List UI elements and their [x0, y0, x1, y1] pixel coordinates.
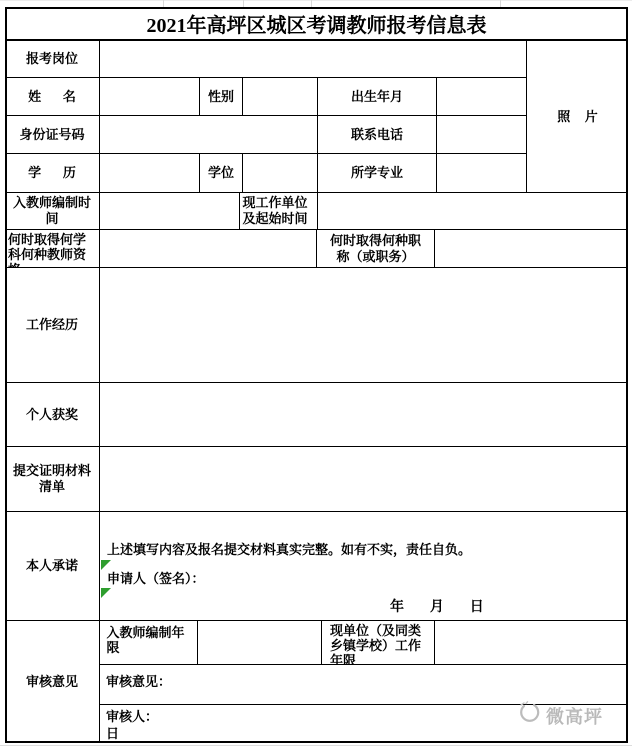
commitment-content: 上述填写内容及报名提交材料真实完整。如有不实，责任自负。 申请人（签名）： 年 …: [100, 512, 628, 621]
current-unit-label: 现工作单位及起始时间: [243, 195, 315, 227]
position-label: 报考岗位: [5, 41, 100, 78]
gender-label: 性别: [200, 78, 243, 116]
teacher-qualification-value: [100, 230, 317, 268]
degree-value: [243, 154, 318, 193]
major-value: [437, 154, 527, 193]
review-opinion-label: 审核意见：: [106, 674, 171, 690]
gridline-tick: [163, 0, 164, 7]
current-unit-years-value: [435, 621, 628, 665]
teacher-qualification-label: 何时取得何学科何种教师资格: [8, 230, 96, 268]
form-page: 2021年高坪区城区考调教师报考信息表 报考岗位 照 片 姓 名 性别 出生年月…: [0, 0, 632, 747]
commitment-label: 本人承诺: [5, 512, 100, 621]
photo-cell: 照 片: [527, 41, 628, 193]
name-value: [100, 78, 200, 116]
review-label: 审核意见: [5, 621, 100, 743]
phone-label: 联系电话: [318, 116, 437, 154]
commitment-date-line: 年 月 日: [390, 598, 484, 614]
establishment-years-value: [198, 621, 322, 665]
materials-list-value: [100, 447, 628, 512]
personal-awards-value: [100, 383, 628, 447]
phone-value: [437, 116, 527, 154]
excel-marker-icon: [101, 560, 111, 570]
work-experience-label: 工作经历: [5, 268, 100, 383]
title-obtained-value: [435, 230, 628, 268]
watermark-text: 微高坪: [546, 703, 603, 729]
education-value: [100, 154, 200, 193]
establishment-time-label: 入教师编制时间: [8, 195, 96, 227]
commitment-statement: 上述填写内容及报名提交材料真实完整。如有不实，责任自负。: [107, 542, 471, 558]
current-unit-value: [318, 193, 628, 230]
birth-value: [437, 78, 527, 116]
bottom-gridline: [0, 745, 632, 746]
degree-label: 学位: [200, 154, 243, 193]
gender-value: [243, 78, 318, 116]
form-title-text: 2021年高坪区城区考调教师报考信息表: [147, 9, 487, 38]
reviewer-label: 审核人：: [106, 708, 158, 725]
position-value: [100, 41, 527, 78]
watermark: 微高坪: [518, 701, 603, 730]
excel-marker-icon: [101, 588, 111, 598]
gridline-tick: [500, 0, 501, 7]
review-opinion-cell: 审核意见：: [100, 665, 628, 705]
work-experience-value: [100, 268, 628, 383]
birth-label: 出生年月: [318, 78, 437, 116]
form-title: 2021年高坪区城区考调教师报考信息表: [5, 7, 628, 41]
establishment-years-label: 入教师编制年限: [103, 621, 195, 655]
top-gridline: [0, 0, 632, 1]
materials-list-label: 提交证明材料清单: [11, 463, 93, 495]
establishment-time-value: [100, 193, 240, 230]
id-number-label: 身份证号码: [5, 116, 100, 154]
gridline-tick: [311, 0, 312, 7]
major-label: 所学专业: [318, 154, 437, 193]
wechat-logo-icon: [518, 701, 542, 730]
signature-label: 申请人（签名）：: [107, 571, 205, 587]
name-label: 姓 名: [5, 78, 100, 116]
title-obtained-label: 何时取得何种职称（或职务）: [328, 233, 423, 265]
reviewer-line2: 日: [106, 725, 158, 742]
gridline-tick: [243, 0, 244, 7]
education-label: 学 历: [5, 154, 100, 193]
id-number-value: [100, 116, 318, 154]
current-unit-years-label: 现单位（及同类乡镇学校）工作年限: [330, 621, 426, 668]
personal-awards-label: 个人获奖: [5, 383, 100, 447]
